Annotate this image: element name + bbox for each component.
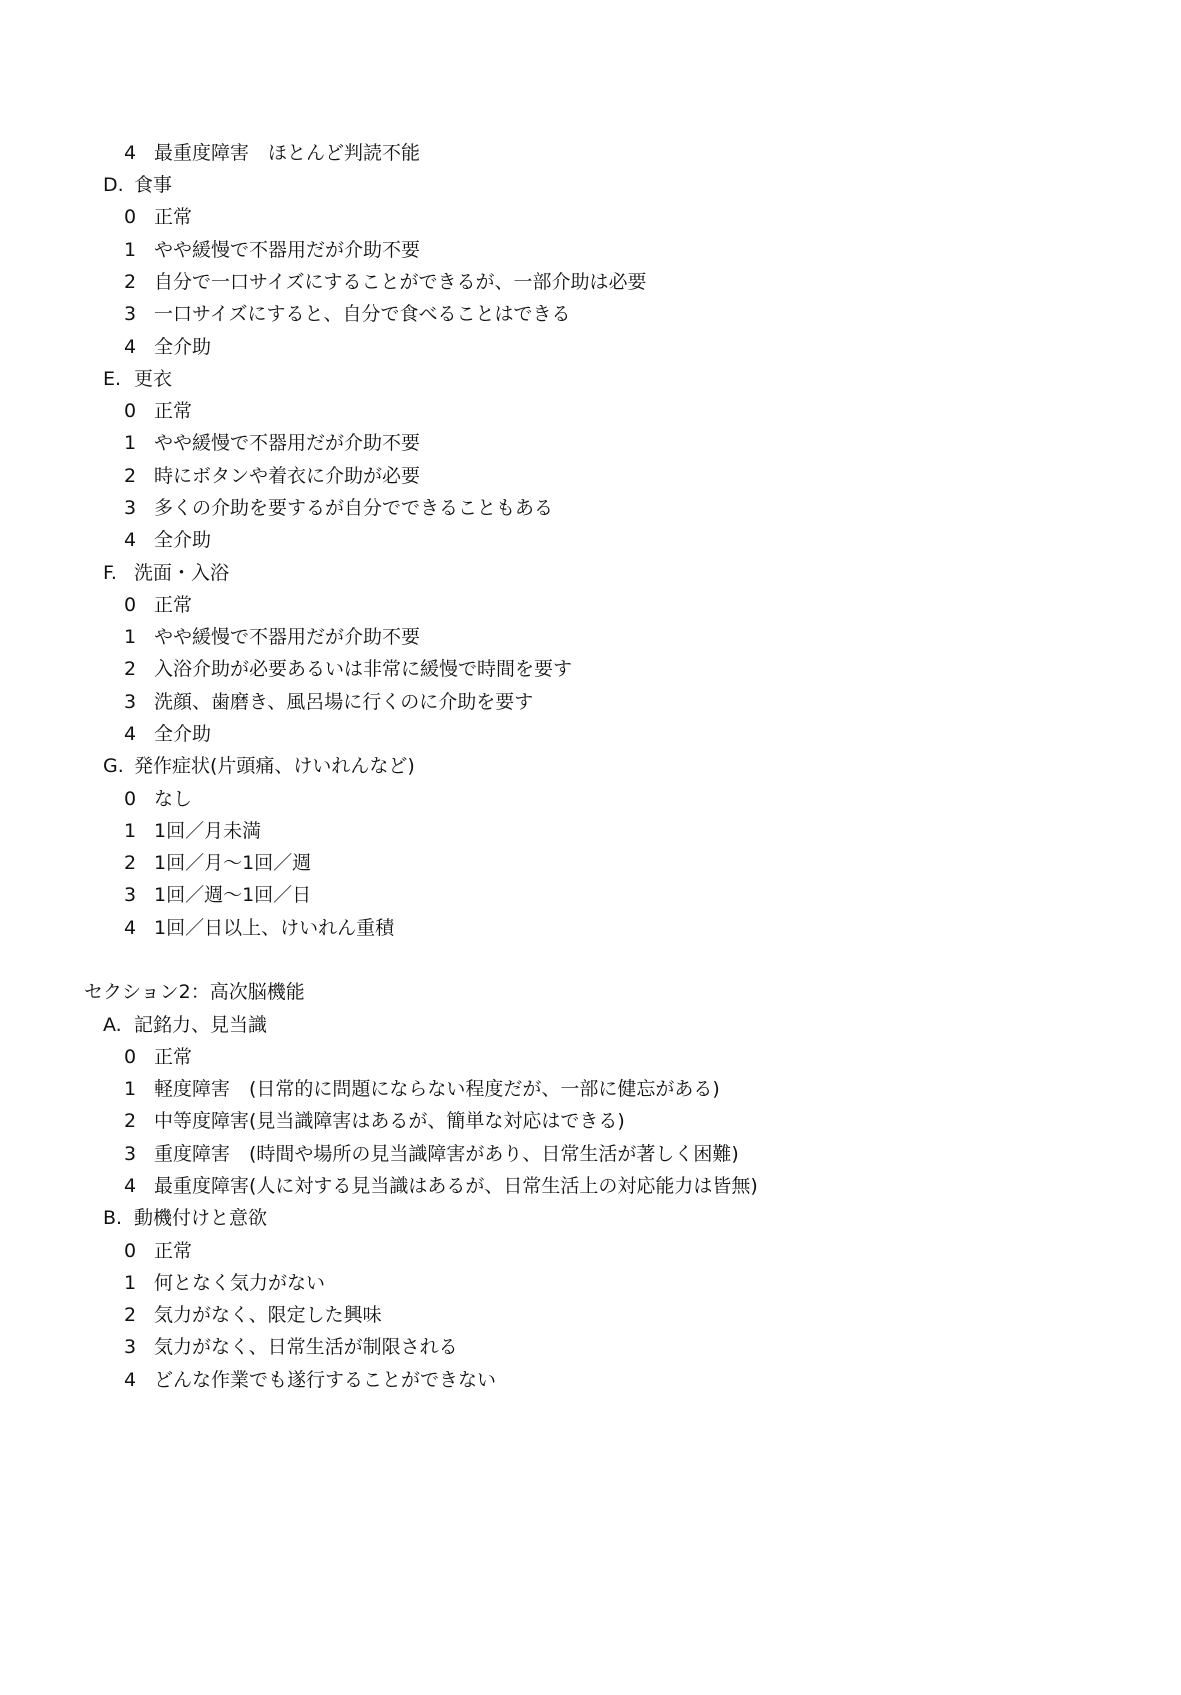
item-score: 0: [124, 1235, 136, 1267]
item-text: やや緩慢で不器用だが介助不要: [154, 427, 420, 459]
item-text: なし: [154, 783, 192, 815]
item-text: やや緩慢で不器用だが介助不要: [154, 621, 420, 653]
item-text: 自分で一口サイズにすることができるが、一部介助は必要: [154, 266, 646, 298]
item-text: 気力がなく、日常生活が制限される: [154, 1331, 458, 1363]
item-score: 0: [124, 589, 136, 621]
item-text: 正常: [154, 1235, 192, 1267]
section-title-text: セクション2：高次脳機能: [84, 981, 305, 1003]
item-score: 3: [124, 1331, 136, 1363]
item-text: 軽度障害 (日常的に問題にならない程度だが、一部に健忘がある): [154, 1073, 720, 1105]
item-score: 4: [124, 718, 136, 750]
item-score: 0: [124, 395, 136, 427]
item-score: 4: [124, 137, 136, 169]
item-text: 1回／月未満: [154, 815, 261, 847]
section-title: セクション2：高次脳機能: [84, 976, 305, 1008]
item-text: 何となく気力がない: [154, 1267, 325, 1299]
item-text: 全介助: [154, 331, 211, 363]
item-score: 0: [124, 1041, 136, 1073]
item-score: 2: [124, 847, 136, 879]
item-text: 気力がなく、限定した興味: [154, 1299, 382, 1331]
item-score: 1: [124, 427, 136, 459]
subsection-letter: B.: [103, 1202, 122, 1234]
subsection-letter: A.: [103, 1009, 122, 1041]
item-score: 2: [124, 460, 136, 492]
subsection-letter: G.: [103, 750, 124, 782]
subsection-letter: F.: [103, 557, 117, 589]
item-text: 時にボタンや着衣に介助が必要: [154, 460, 420, 492]
item-score: 4: [124, 1170, 136, 1202]
item-score: 1: [124, 1073, 136, 1105]
item-text: 正常: [154, 201, 192, 233]
item-text: 入浴介助が必要あるいは非常に緩慢で時間を要す: [154, 653, 572, 685]
item-text: 1回／月～1回／週: [154, 847, 311, 879]
item-text: 重度障害 (時間や場所の見当識障害があり、日常生活が著しく困難): [154, 1138, 739, 1170]
item-score: 4: [124, 524, 136, 556]
item-score: 3: [124, 298, 136, 330]
item-score: 1: [124, 234, 136, 266]
item-score: 3: [124, 686, 136, 718]
item-text: 正常: [154, 395, 192, 427]
subsection-title: 洗面・入浴: [134, 557, 229, 589]
item-score: 4: [124, 1364, 136, 1396]
item-score: 2: [124, 1105, 136, 1137]
subsection-letter: D.: [103, 169, 124, 201]
item-text: 正常: [154, 1041, 192, 1073]
subsection-title: 更衣: [134, 363, 172, 395]
subsection-title: 記銘力、見当識: [134, 1009, 267, 1041]
item-score: 4: [124, 331, 136, 363]
item-score: 2: [124, 1299, 136, 1331]
subsection-title: 動機付けと意欲: [134, 1202, 267, 1234]
item-score: 3: [124, 1138, 136, 1170]
item-text: 最重度障害(人に対する見当識はあるが、日常生活上の対応能力は皆無): [154, 1170, 758, 1202]
subsection-letter: E.: [103, 363, 121, 395]
item-text: どんな作業でも遂行することができない: [154, 1364, 496, 1396]
item-score: 0: [124, 201, 136, 233]
item-score: 1: [124, 621, 136, 653]
item-score: 2: [124, 266, 136, 298]
subsection-title: 食事: [134, 169, 172, 201]
item-text: 全介助: [154, 718, 211, 750]
item-score: 4: [124, 912, 136, 944]
subsection-title: 発作症状(片頭痛、けいれんなど): [134, 750, 415, 782]
item-score: 2: [124, 653, 136, 685]
item-text: 一口サイズにすると、自分で食べることはできる: [154, 298, 570, 330]
item-text: 洗顔、歯磨き、風呂場に行くのに介助を要す: [154, 686, 533, 718]
item-text: 多くの介助を要するが自分でできることもある: [154, 492, 553, 524]
item-score: 0: [124, 783, 136, 815]
item-score: 3: [124, 492, 136, 524]
item-text: 最重度障害 ほとんど判読不能: [154, 137, 420, 169]
item-text: 中等度障害(見当識障害はあるが、簡単な対応はできる): [154, 1105, 625, 1137]
item-score: 1: [124, 1267, 136, 1299]
item-text: 1回／週～1回／日: [154, 879, 311, 911]
item-text: 1回／日以上、けいれん重積: [154, 912, 394, 944]
item-text: 全介助: [154, 524, 211, 556]
item-text: 正常: [154, 589, 192, 621]
item-text: やや緩慢で不器用だが介助不要: [154, 234, 420, 266]
item-score: 1: [124, 815, 136, 847]
item-score: 3: [124, 879, 136, 911]
